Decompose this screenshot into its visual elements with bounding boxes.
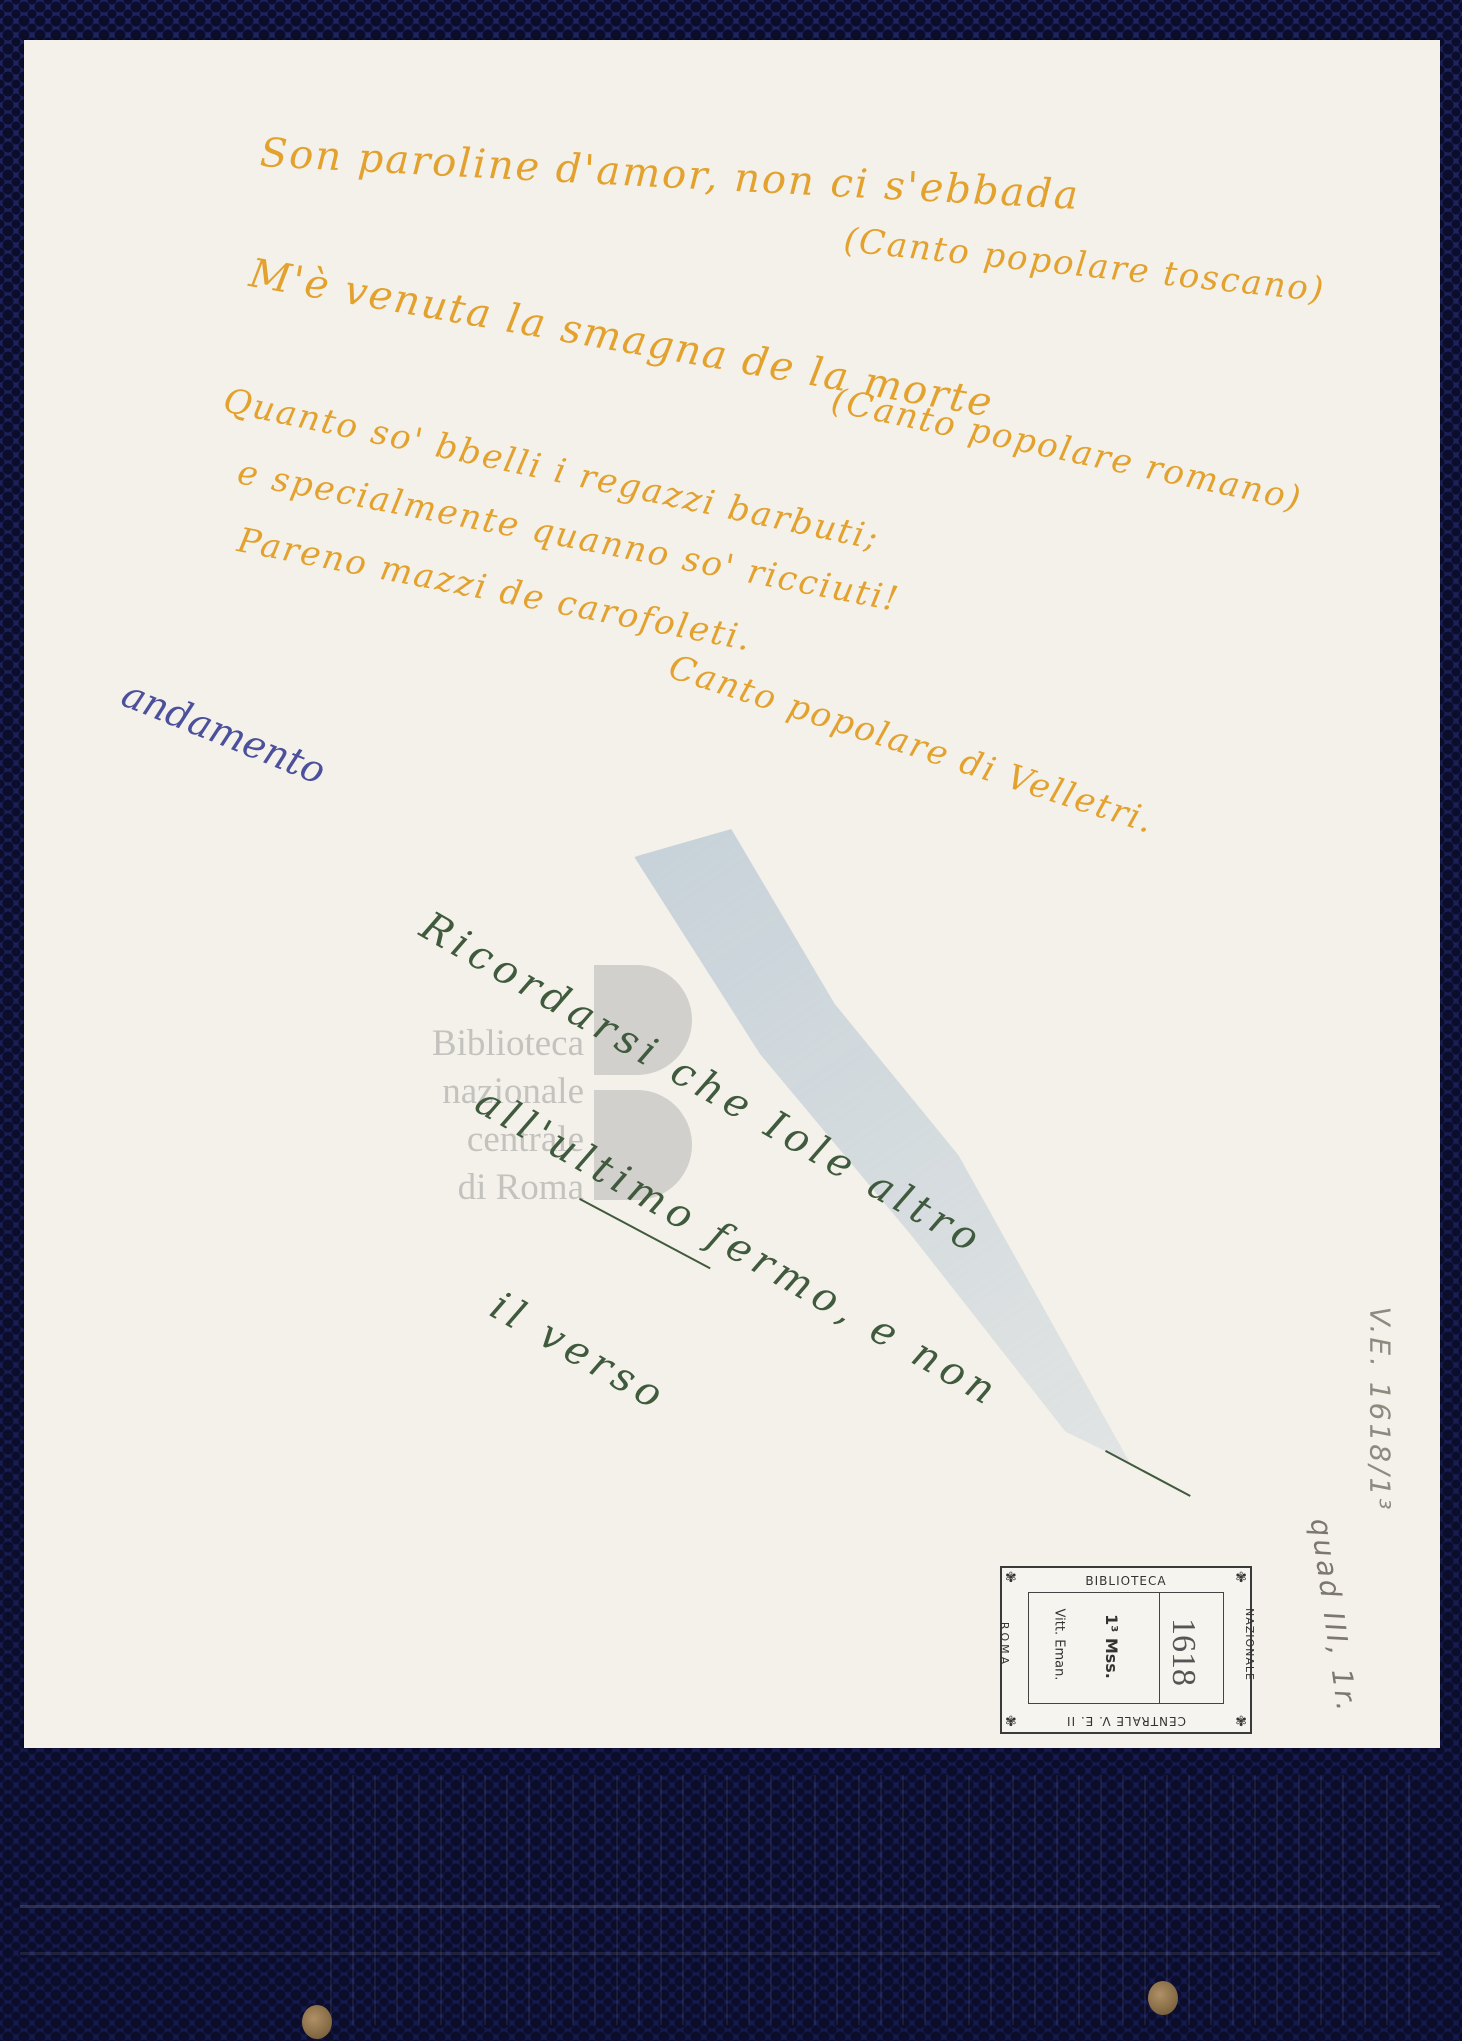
verse-source-1: (Canto popolare toscano) bbox=[842, 220, 1327, 310]
leather-texture bbox=[330, 1775, 1430, 2025]
pencil-shelfmark: V.E. 1618/1³ bbox=[1364, 1307, 1397, 1513]
stamp-right-text: NAZIONALE bbox=[1243, 1608, 1256, 1681]
verse-source-3: Canto popolare di Velletri. bbox=[664, 647, 1160, 842]
green-note-line-3: il verso bbox=[483, 1283, 676, 1421]
manuscript-page: Biblioteca nazionale centrale di Roma So… bbox=[24, 40, 1440, 1748]
binder-hole-right bbox=[1148, 1981, 1178, 2015]
verse-source-2: (Canto popolare romano) bbox=[828, 380, 1306, 519]
stamp-top-text: BIBLIOTECA bbox=[1002, 1574, 1250, 1588]
verse-line-1: Son paroline d'amor, non ci s'ebbada bbox=[259, 130, 1081, 219]
tempo-note: andamento bbox=[116, 672, 332, 793]
stamp-vitt: Vitt. Eman. bbox=[1051, 1609, 1066, 1681]
pencil-quad-note: quad III, 1r. bbox=[1304, 1516, 1364, 1715]
stamp-bottom-text: CENTRALE V. E. II bbox=[1002, 1714, 1250, 1728]
binder-hole-left bbox=[302, 2005, 332, 2039]
library-stamp: ✾ ✾ ✾ ✾ BIBLIOTECA NAZIONALE CENTRALE V.… bbox=[1000, 1566, 1252, 1734]
stamp-divider bbox=[1159, 1593, 1160, 1703]
stamp-mss: 1³ Mss. bbox=[1102, 1614, 1121, 1679]
stamp-number: 1618 bbox=[1164, 1618, 1202, 1686]
underline-non bbox=[1105, 1450, 1191, 1497]
stamp-left-text: ROMA bbox=[998, 1622, 1011, 1667]
stamp-inner-box: 1618 1³ Mss. Vitt. Eman. bbox=[1028, 1592, 1224, 1704]
watermark-brushstroke bbox=[624, 796, 1160, 1510]
